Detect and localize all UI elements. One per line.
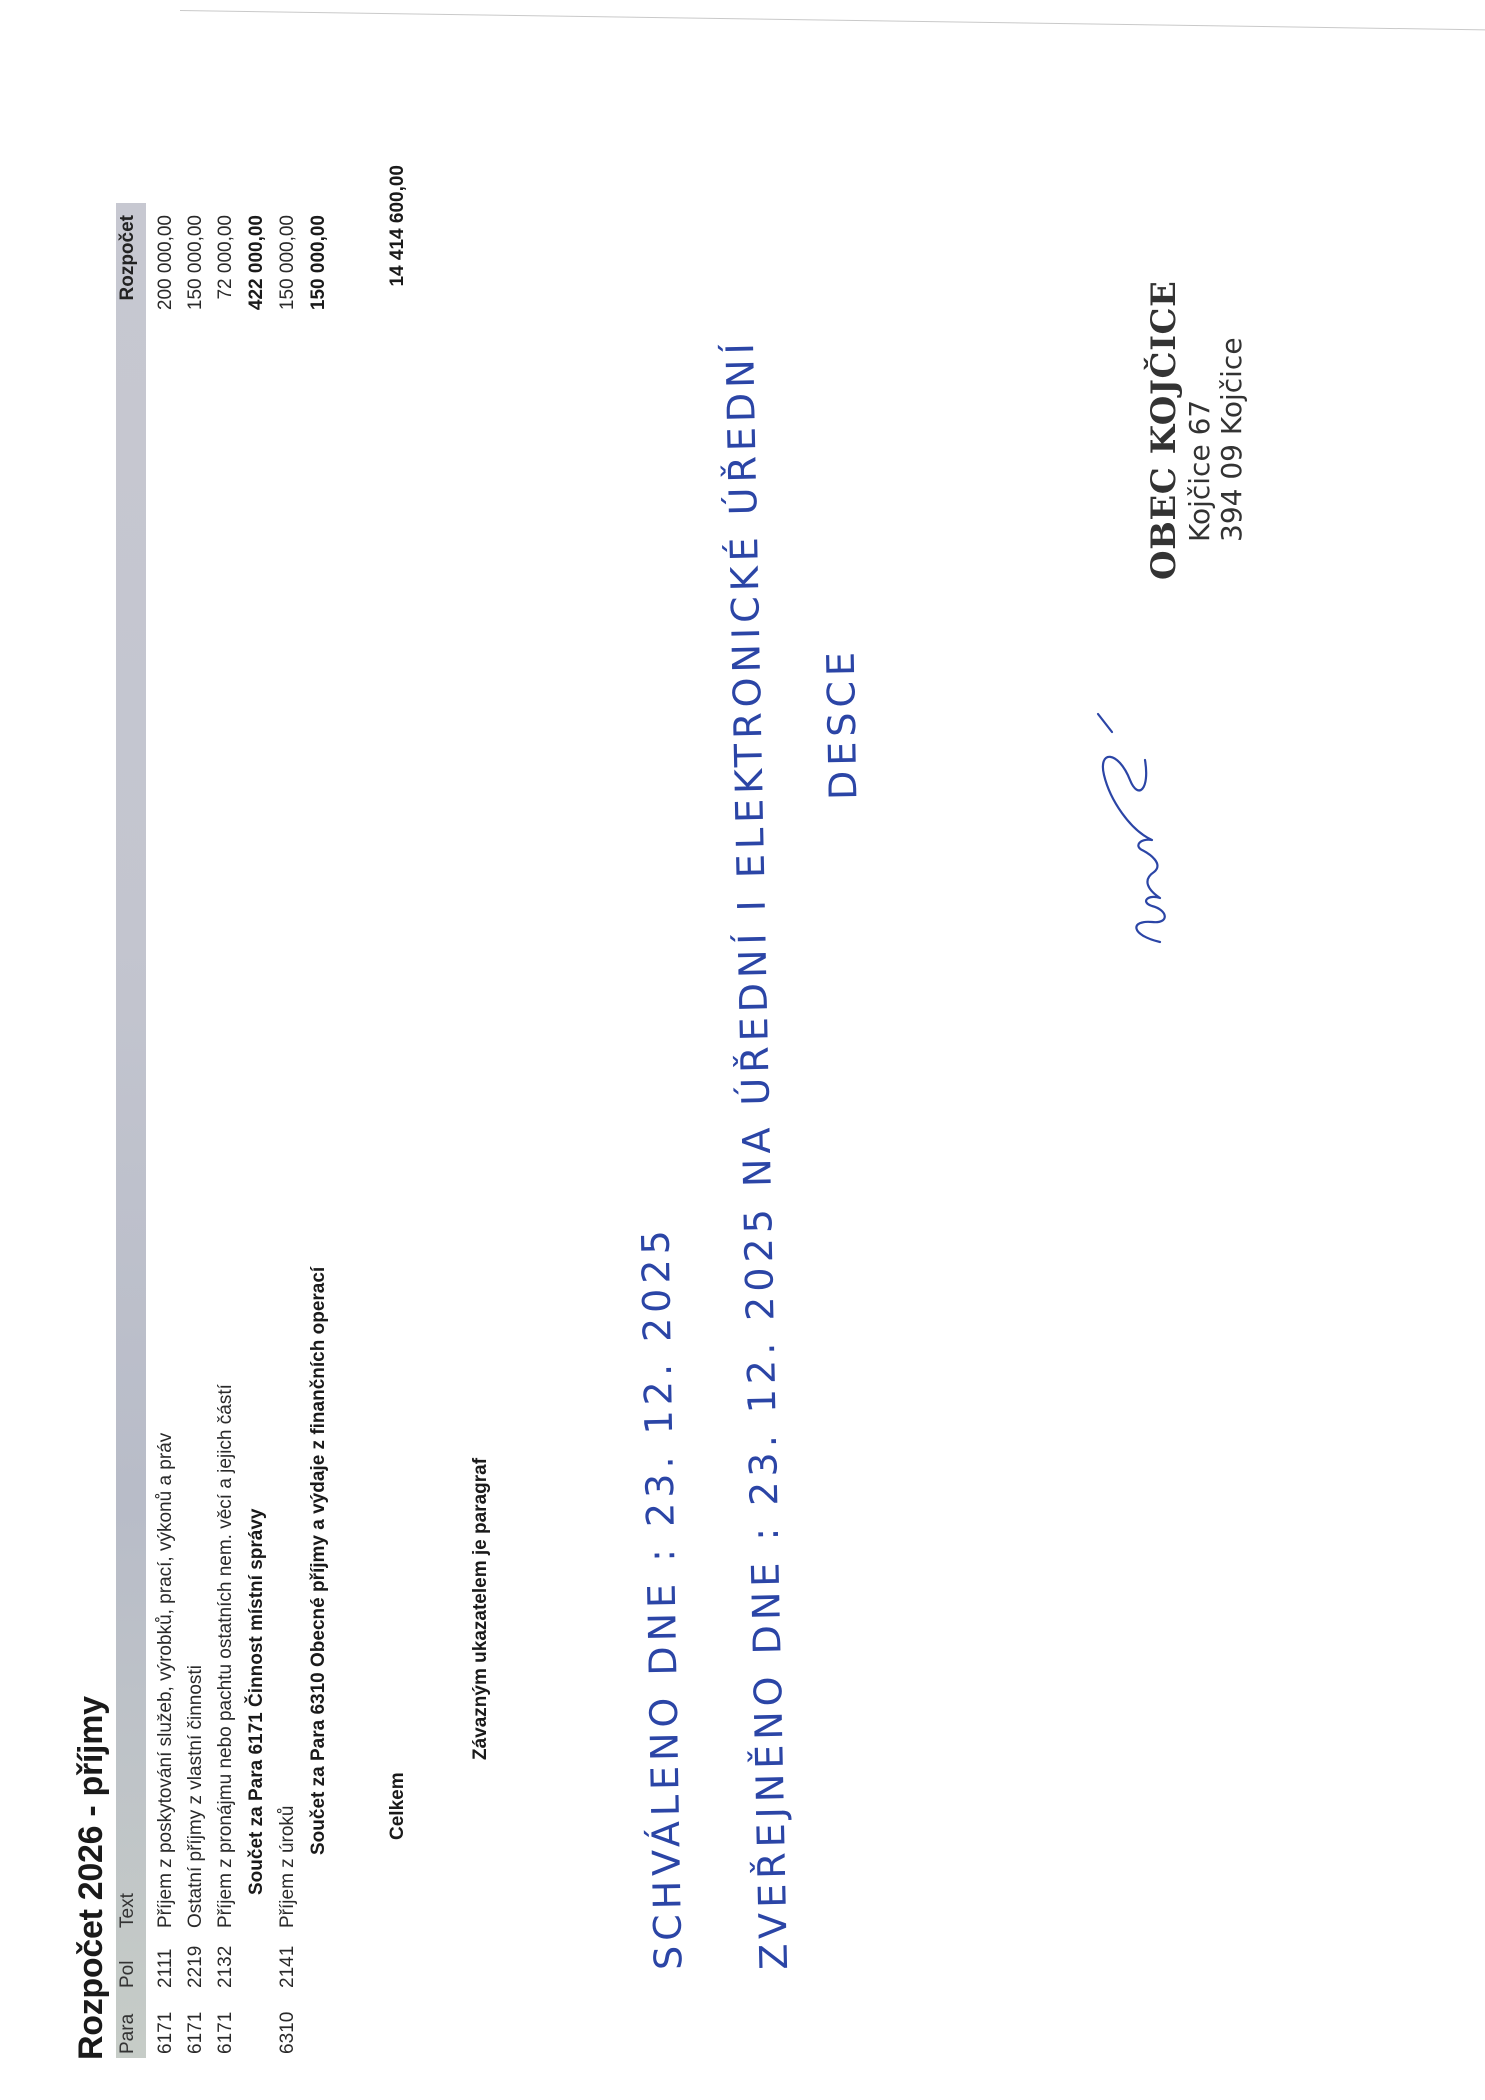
cell-amount: 200 000,00: [155, 215, 177, 310]
cell-pol: 2111: [155, 1949, 177, 1988]
total-label: Celkem: [387, 1772, 409, 1840]
cell-text: Příjem z pronájmu nebo pachtu ostatních …: [215, 1384, 237, 1928]
cell-para: 6310: [277, 2012, 299, 2054]
stamp-address-line-1: Kojčice 67: [1184, 281, 1216, 580]
subtotal-row: Součet za Para 6171 Činnost místní správ…: [246, 0, 272, 2100]
cell-para: 6171: [155, 2012, 177, 2054]
subtotal-label: Součet za Para 6171 Činnost místní správ…: [246, 1509, 268, 1896]
table-row: 6310 2141 Příjem z úroků 150 000,00: [277, 0, 303, 2100]
budget-document-page: Rozpočet 2026 - příjmy Para Pol Text Roz…: [0, 0, 1485, 2100]
column-header-rozpocet: Rozpočet: [117, 215, 139, 301]
cell-amount: 150 000,00: [185, 215, 207, 310]
cell-text: Příjem z úroků: [277, 1806, 299, 1928]
municipality-stamp: OBEC KOJČICE Kojčice 67 394 09 Kojčice: [1145, 281, 1248, 580]
table-row: 6171 2111 Příjem z poskytování služeb, v…: [155, 0, 181, 2100]
subtotal-label: Součet za Para 6310 Obecné příjmy a výda…: [308, 1267, 330, 1855]
cell-pol: 2141: [277, 1946, 299, 1988]
subtotal-row: Součet za Para 6310 Obecné příjmy a výda…: [308, 0, 334, 2100]
column-header-para: Para: [117, 2014, 139, 2054]
stamp-address-line-2: 394 09 Kojčice: [1216, 281, 1248, 580]
cell-text: Příjem z poskytování služeb, výrobků, pr…: [155, 1433, 177, 1928]
cell-para: 6171: [185, 2012, 207, 2054]
cell-amount: 72 000,00: [215, 215, 237, 300]
signature: [1090, 710, 1200, 950]
handwritten-published-date: ZVEŘEJNĚNO DNE : 23. 12. 2025 NA ÚŘEDNÍ …: [718, 338, 796, 1971]
cell-text: Ostatní příjmy z vlastní činnosti: [185, 1665, 207, 1928]
table-row: 6171 2219 Ostatní příjmy z vlastní činno…: [185, 0, 211, 2100]
column-header-pol: Pol: [117, 1961, 139, 1988]
cell-pol: 2132: [215, 1946, 237, 1988]
cell-amount: 150 000,00: [277, 215, 299, 310]
binding-indicator-note: Závazným ukazatelem je paragraf: [470, 1458, 492, 1760]
subtotal-amount: 150 000,00: [308, 215, 330, 310]
subtotal-amount: 422 000,00: [246, 215, 268, 310]
total-amount: 14 414 600,00: [387, 165, 409, 287]
table-header-bar: [116, 203, 146, 2058]
table-row: 6171 2132 Příjem z pronájmu nebo pachtu …: [215, 0, 241, 2100]
column-header-text: Text: [117, 1893, 139, 1928]
document-title: Rozpočet 2026 - příjmy: [72, 1696, 111, 2060]
cell-pol: 2219: [185, 1946, 207, 1988]
cell-para: 6171: [215, 2012, 237, 2054]
handwritten-published-continuation: DESCE: [819, 647, 866, 801]
handwritten-approved-date: SCHVÁLENO DNE : 23. 12. 2025: [634, 1225, 691, 1970]
stamp-title: OBEC KOJČICE: [1145, 281, 1184, 580]
